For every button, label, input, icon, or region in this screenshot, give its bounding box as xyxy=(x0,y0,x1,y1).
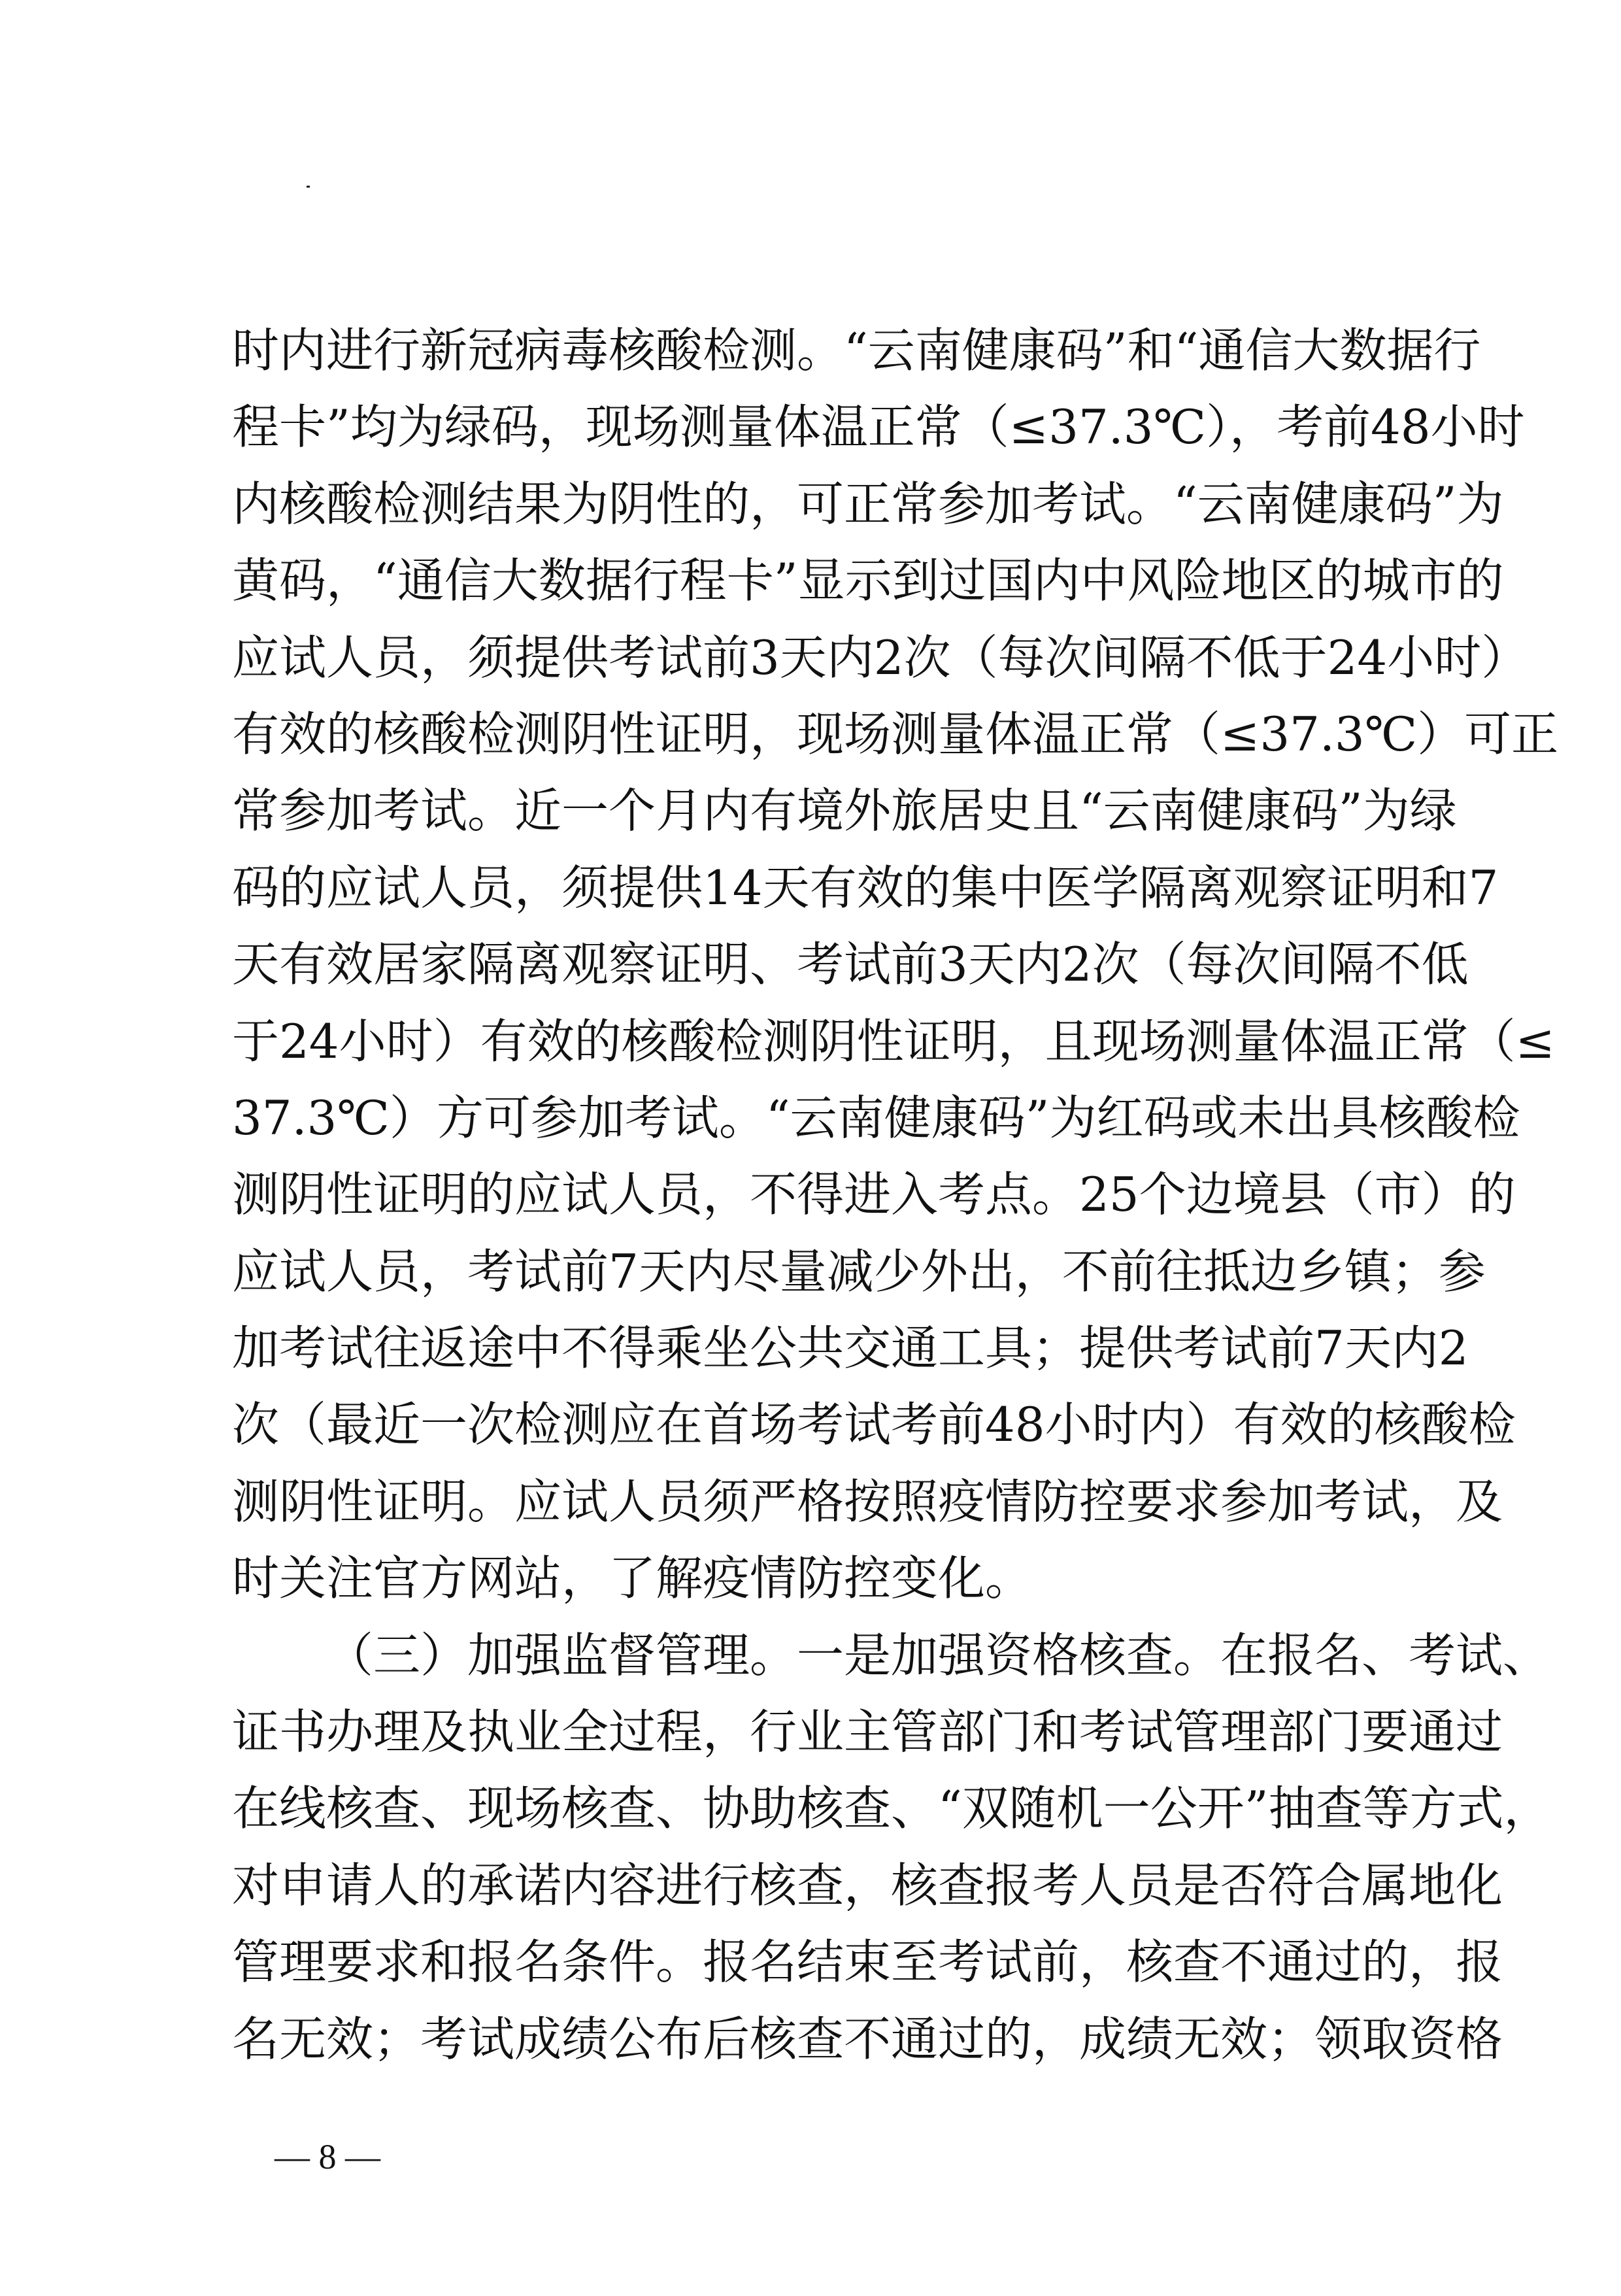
text-line: 对申请人的承诺内容进行核查，核查报考人员是否符合属地化 xyxy=(232,1848,1402,1924)
text-line: 黄码，“通信大数据行程卡”显示到过国内中风险地区的城市的 xyxy=(232,543,1402,619)
text-line: 天有效居家隔离观察证明、考试前3天内2次（每次间隔不低 xyxy=(232,926,1402,1003)
text-line: 于24小时）有效的核酸检测阴性证明，且现场测量体温正常（≤ xyxy=(232,1004,1402,1080)
text-line: 证书办理及执业全过程，行业主管部门和考试管理部门要通过 xyxy=(232,1694,1402,1770)
scan-speck xyxy=(307,186,310,188)
text-line: 管理要求和报名条件。报名结束至考试前，核查不通过的，报 xyxy=(232,1924,1402,2001)
page-number: — 8 — xyxy=(275,2136,380,2177)
text-line: 时内进行新冠病毒核酸检测。“云南健康码”和“通信大数据行 xyxy=(232,312,1402,389)
text-line: 测阴性证明的应试人员，不得进入考点。25个边境县（市）的 xyxy=(232,1156,1402,1233)
text-line: 常参加考试。近一个月内有境外旅居史且“云南健康码”为绿 xyxy=(232,773,1402,849)
text-line: 加考试往返途中不得乘坐公共交通工具；提供考试前7天内2 xyxy=(232,1310,1402,1387)
document-page: 时内进行新冠病毒核酸检测。“云南健康码”和“通信大数据行 程卡”均为绿码，现场测… xyxy=(0,0,1621,2296)
text-line: 有效的核酸检测阴性证明，现场测量体温正常（≤37.3℃）可正 xyxy=(232,696,1402,773)
text-line: 内核酸检测结果为阴性的，可正常参加考试。“云南健康码”为 xyxy=(232,466,1402,543)
text-line: 测阴性证明。应试人员须严格按照疫情防控要求参加考试，及 xyxy=(232,1464,1402,1540)
text-line: 在线核查、现场核查、协助核查、“双随机一公开”抽查等方式， xyxy=(232,1770,1402,1847)
text-line: 应试人员，须提供考试前3天内2次（每次间隔不低于24小时） xyxy=(232,620,1402,696)
text-line: 37.3℃）方可参加考试。“云南健康码”为红码或未出具核酸检 xyxy=(232,1080,1402,1156)
text-line: 名无效；考试成绩公布后核查不通过的，成绩无效；领取资格 xyxy=(232,2001,1402,2078)
text-line: 程卡”均为绿码，现场测量体温正常（≤37.3℃），考前48小时 xyxy=(232,389,1402,465)
text-line: 应试人员，考试前7天内尽量减少外出，不前往抵边乡镇；参 xyxy=(232,1234,1402,1310)
text-line: 次（最近一次检测应在首场考试考前48小时内）有效的核酸检 xyxy=(232,1387,1402,1463)
text-line: 码的应试人员，须提供14天有效的集中医学隔离观察证明和7 xyxy=(232,850,1402,926)
text-line: 时关注官方网站，了解疫情防控变化。 xyxy=(232,1540,1402,1617)
body-text: 时内进行新冠病毒核酸检测。“云南健康码”和“通信大数据行 程卡”均为绿码，现场测… xyxy=(232,312,1402,2078)
section-heading-line: （三）加强监督管理。一是加强资格核查。在报名、考试、 xyxy=(232,1617,1402,1694)
